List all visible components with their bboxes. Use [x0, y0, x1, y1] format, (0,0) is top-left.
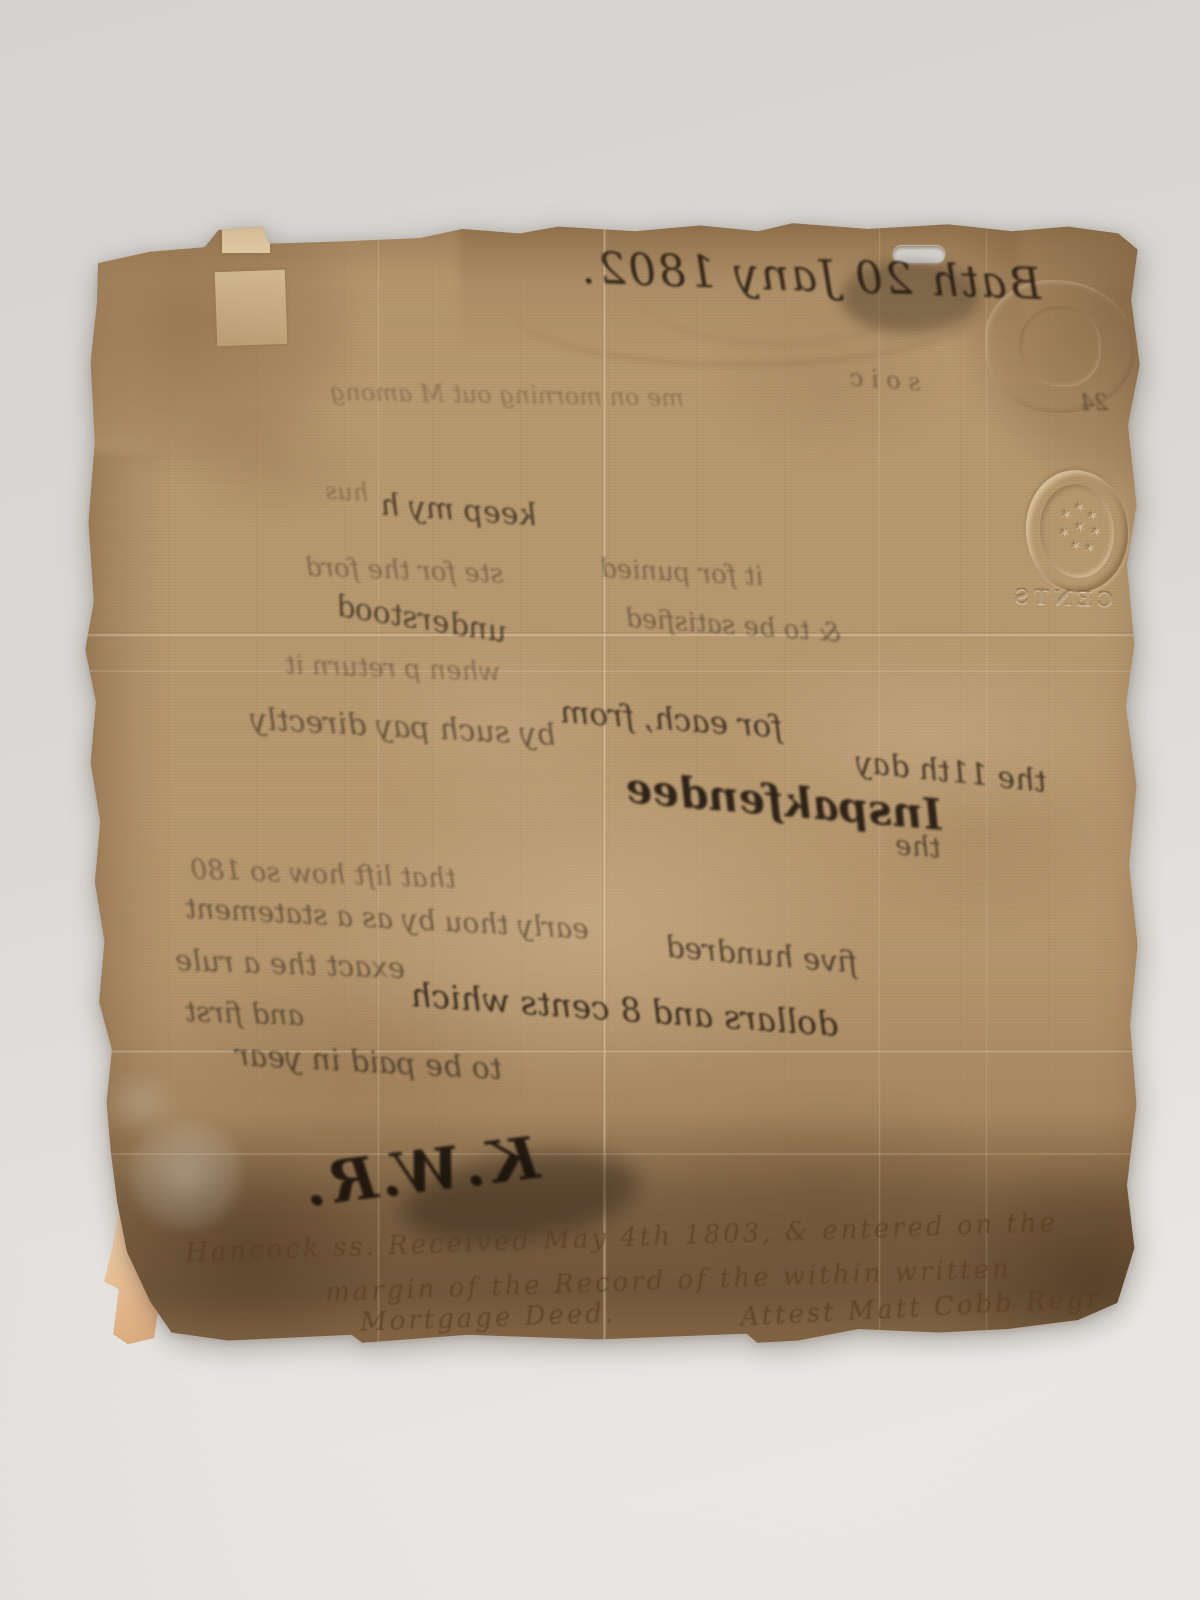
stamp-star-icon: ✶: [1073, 519, 1085, 535]
tape-repair-tab: [222, 225, 270, 253]
stamp-star-icon: ✶: [1089, 524, 1101, 540]
fold-crease-horizontal: [80, 669, 1145, 673]
bleedthrough-handwriting: that lift how so 180: [190, 856, 457, 892]
paper-shadow: ✶ ✶ ✶ ✶ ✶ ✶ ✶ ✶ XXV CENTS Bath 20 Jany 1…: [0, 0, 1065, 1140]
tape-repair-patch: [215, 270, 288, 346]
bleedthrough-handwriting: s o i c: [849, 366, 921, 395]
bleedthrough-handwriting: exact the a rule: [175, 946, 406, 983]
bleedthrough-handwriting: five hundred: [664, 933, 859, 980]
bleedthrough-handwriting: dollars and 8 cents which: [409, 978, 839, 1041]
bleedthrough-handwriting: & to be satisfied: [624, 605, 842, 646]
embossed-revenue-stamp: ✶ ✶ ✶ ✶ ✶ ✶ ✶ ✶: [1020, 465, 1134, 597]
embossed-crest-inner: [1019, 306, 1101, 387]
stamp-star-icon: ✶: [1059, 507, 1071, 523]
bleedthrough-handwriting: 24: [1080, 393, 1108, 415]
fold-crease-horizontal: [80, 632, 1145, 638]
bleedthrough-handwriting: for each, from: [559, 697, 784, 743]
recording-note-line-3: Mortgage Deed.: [360, 1301, 617, 1336]
abrasion-patch: [128, 1118, 243, 1230]
stain-top-left: [70, 223, 360, 473]
bleedthrough-handwriting: to be paid in year: [234, 1041, 502, 1085]
bleedthrough-handwriting: the: [894, 831, 942, 862]
recording-note-attest: Attest Matt Cobb Regr: [740, 1286, 1103, 1331]
abrasion-patch: [100, 1068, 180, 1138]
fold-crease-horizontal: [80, 1152, 1145, 1156]
bleedthrough-handwriting: and first: [185, 998, 305, 1030]
dateline-handwriting: Bath 20 Jany 1802.: [579, 247, 1042, 307]
bleedthrough-handwriting: hus: [325, 479, 369, 504]
bleedthrough-handwriting: when p return it: [285, 652, 501, 686]
stamp-star-icon: ✶: [1086, 508, 1098, 524]
bleedthrough-handwriting: keep my h: [379, 491, 537, 532]
stamp-star-icon: ✶: [1073, 499, 1085, 515]
stamp-denomination-text: XXV CENTS: [968, 582, 1200, 615]
bleedthrough-handwriting: it for punied: [599, 556, 764, 591]
photo-backdrop: ✶ ✶ ✶ ✶ ✶ ✶ ✶ ✶ XXV CENTS Bath 20 Jany 1…: [0, 0, 1200, 1600]
bleedthrough-handwriting: ste for the ford: [305, 555, 504, 588]
bleedthrough-handwriting: by such pay directly: [249, 705, 556, 751]
bleedthrough-handwriting: me on morning out M among: [330, 380, 684, 410]
bleedthrough-handwriting: early thou by as a statement: [185, 894, 590, 943]
stamp-star-icon: ✶: [1069, 538, 1081, 554]
bleedthrough-handwriting: understood: [334, 592, 509, 649]
stain-left-edge: [75, 453, 170, 1153]
manuscript-paper: ✶ ✶ ✶ ✶ ✶ ✶ ✶ ✶ XXV CENTS Bath 20 Jany 1…: [80, 213, 1145, 1353]
stamp-star-icon: ✶: [1083, 540, 1095, 556]
